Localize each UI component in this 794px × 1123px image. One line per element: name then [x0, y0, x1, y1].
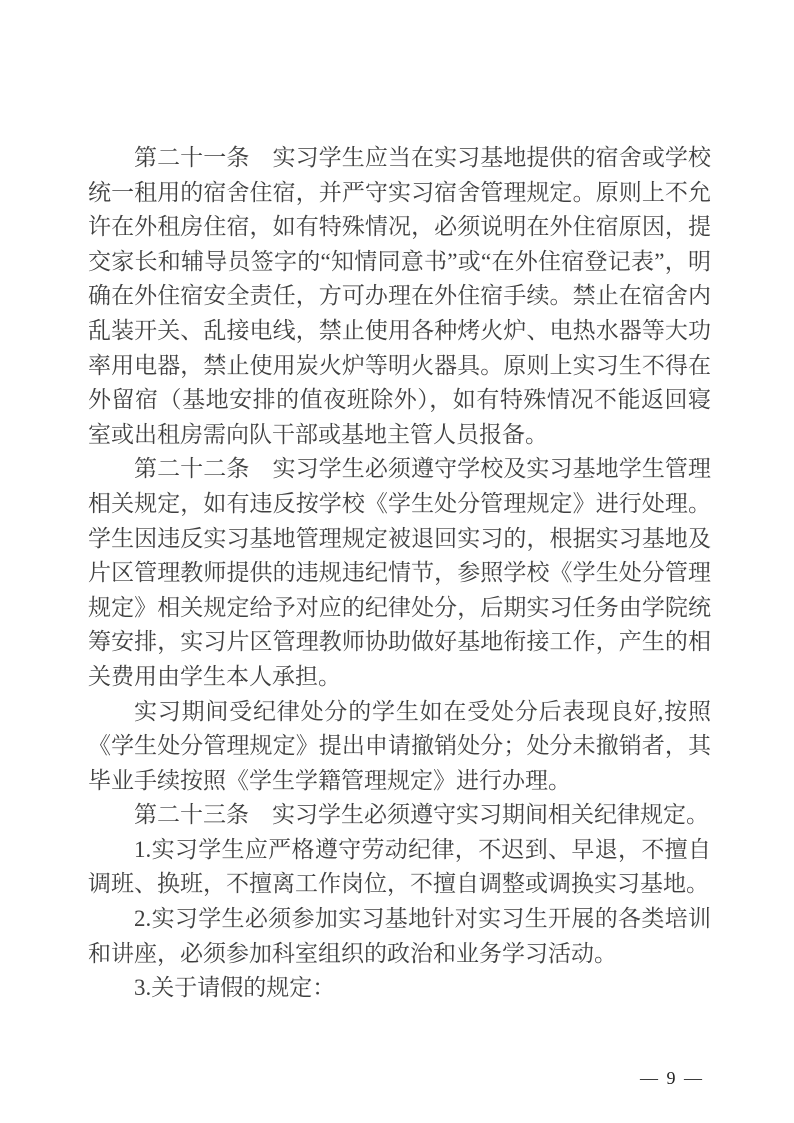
- document-page: 第二十一条 实习学生应当在实习基地提供的宿舍或学校统一租用的宿舍住宿，并严守实习…: [0, 0, 794, 1123]
- document-body: 第二十一条 实习学生应当在实习基地提供的宿舍或学校统一租用的宿舍住宿，并严守实习…: [88, 141, 711, 1006]
- paragraph-item-1: 1.实习学生应严格遵守劳动纪律，不迟到、早退，不擅自调班、换班，不擅离工作岗位，…: [88, 833, 711, 902]
- paragraph-item-2: 2.实习学生必须参加实习基地针对实习生开展的各类培训和讲座，必须参加科室组织的政…: [88, 902, 711, 971]
- paragraph-article-23: 第二十三条 实习学生必须遵守实习期间相关纪律规定。: [88, 798, 711, 833]
- paragraph-article-22: 第二十二条 实习学生必须遵守学校及实习基地学生管理相关规定，如有违反按学校《学生…: [88, 452, 711, 694]
- page-number: — 9 —: [640, 1068, 704, 1089]
- paragraph-item-3: 3.关于请假的规定：: [88, 971, 711, 1006]
- paragraph-article-21: 第二十一条 实习学生应当在实习基地提供的宿舍或学校统一租用的宿舍住宿，并严守实习…: [88, 141, 711, 452]
- paragraph-discipline-revoke: 实习期间受纪律处分的学生如在受处分后表现良好,按照《学生处分管理规定》提出申请撤…: [88, 695, 711, 799]
